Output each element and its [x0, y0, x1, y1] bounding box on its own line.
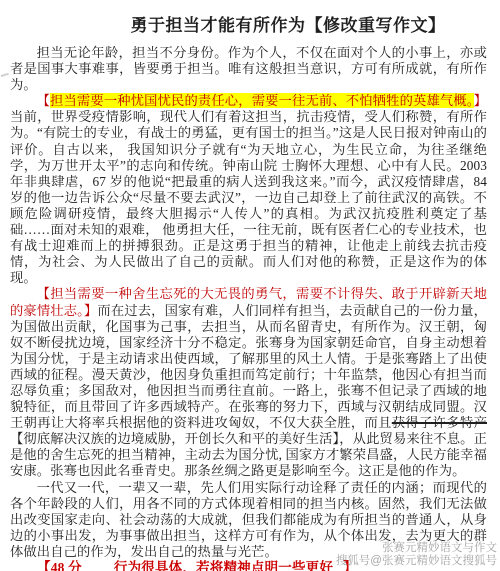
highlighted-annotation: 担当需要一种忧国忧民的责任心，需要一往无前、不怕牺牲的英雄气概。	[50, 93, 474, 108]
essay-page: 勇于担当才能有所作为【修改重写作文】 担当无论年龄，担当不分身份。作为个人，不仅…	[0, 0, 500, 571]
teacher-comment: 行为很具体，若将精神点明一些更好	[114, 560, 333, 571]
paragraph-history: 【担当需要一种舍生忘死的大无畏的勇气，需要不计得失、敢于开辟新天地的豪情壮志。】…	[10, 286, 487, 479]
comment-close-bracket: 】	[343, 560, 357, 571]
essay-title: 勇于担当才能有所作为【修改重写作文】	[38, 0, 500, 36]
essay-body: 担当无论年龄，担当不分身份。作为个人，不仅在面对个人的小事上，亦或者是国事大事难…	[10, 45, 487, 571]
paragraph-epidemic: 【担当需要一种忧国忧民的责任心，需要一往无前、不怕牺牲的英雄气概。】当前，世界受…	[10, 93, 487, 286]
annotation-close-bracket: 】	[474, 93, 487, 108]
scan-artifact	[0, 68, 9, 77]
paragraph-text: 一代又一代，一辈又一辈，先人们用实际行动诠释了责任的内涵；而现代的各个年龄段的人…	[10, 480, 487, 559]
struck-text: 获得了许多特产	[392, 415, 487, 430]
paragraph-intro: 担当无论年龄，担当不分身份。作为个人，不仅在面对个人的小事上，亦或者是国事大事难…	[10, 45, 487, 93]
paragraph-text: 而在过去，国家有难，人们同样有担当，去贡献自己的一份力量，为国做出贡献，化国事为…	[10, 303, 487, 431]
paragraph-conclusion: 一代又一代，一辈又一辈，先人们用实际行动诠释了责任的内涵；而现代的各个年龄段的人…	[10, 480, 487, 560]
paragraph-text: 当前，世界受疫情影响，现代人们有着这担当，抗击疫情，受人们称赞，有所作为。“有院…	[10, 109, 487, 285]
paragraph-text: 担当无论年龄，担当不分身份。作为个人，不仅在面对个人的小事上，亦或者是国事大事难…	[10, 45, 487, 92]
inserted-revision-text: 【彻底解决汉族的边境威胁，开创长久和平的美好生活】	[10, 431, 339, 446]
score-badge: 【48 分	[37, 560, 82, 571]
score-comment-line: 【48 分行为很具体，若将精神点明一些更好】	[10, 560, 487, 571]
annotation-open-bracket: 【	[37, 93, 50, 108]
